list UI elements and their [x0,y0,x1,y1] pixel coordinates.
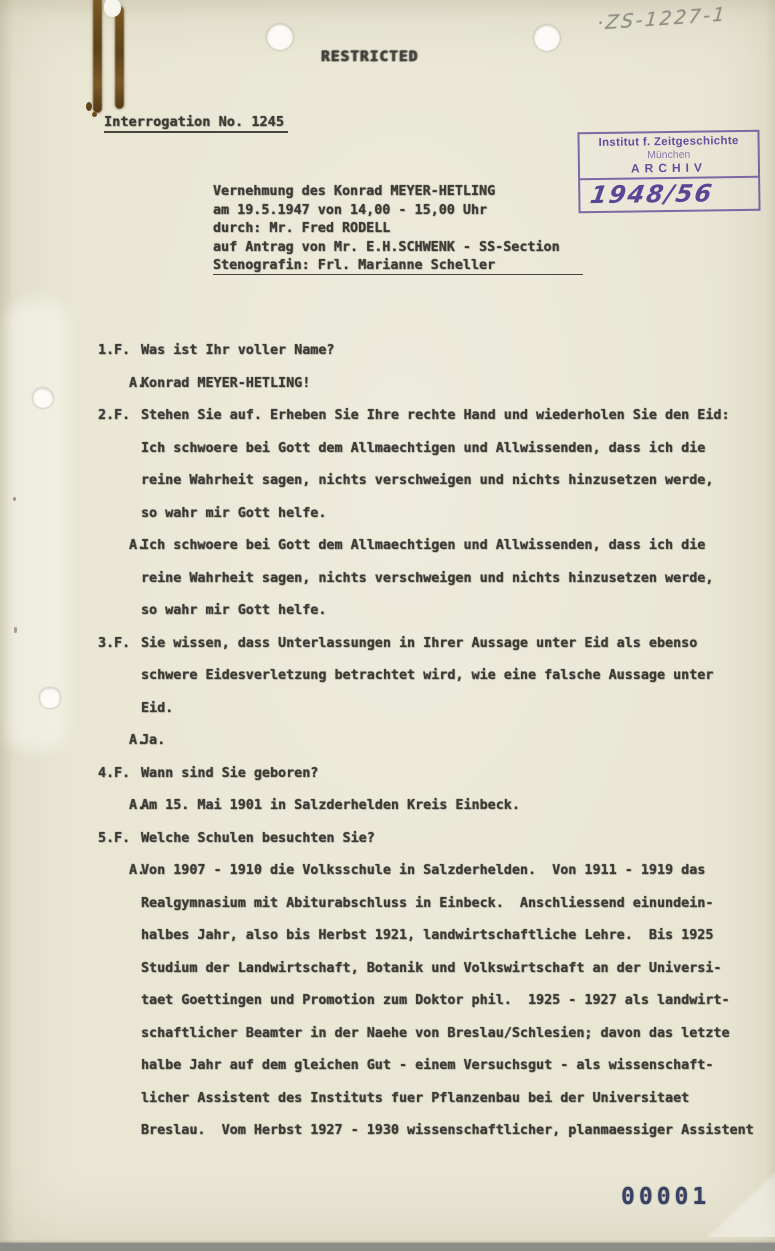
qa-line: schwere Eidesverletzung betrachtet wird,… [141,660,770,693]
qa-line: Eid. [141,693,770,726]
qa-speaker: A. [129,855,145,888]
punch-hole [267,24,293,50]
qa-line: licher Assistent des Instituts fuer Pfla… [141,1083,770,1116]
qa-line: 5.F.Welche Schulen besuchten Sie? [141,823,770,856]
qa-line: 4.F.Wann sind Sie geboren? [141,758,770,791]
header-line-text: Vernehmung des Konrad MEYER-HETLING [213,184,495,199]
qa-speaker: A. [129,790,145,823]
qa-text: licher Assistent des Instituts fuer Pfla… [141,1091,689,1106]
qa-text: Stehen Sie auf. Erheben Sie Ihre rechte … [141,408,730,423]
archive-stamp-number: 1948/56 [578,178,761,212]
rust-speck [86,102,92,111]
qa-line: Breslau. Vom Herbst 1927 - 1930 wissensc… [141,1115,770,1148]
qa-text: Ich schwoere bei Gott dem Allmaechtigen … [141,538,705,553]
header-line-text: am 19.5.1947 von 14,00 - 15,00 Uhr [213,203,487,218]
qa-item: 3.F.Sie wissen, dass Unterlassungen in I… [98,628,770,726]
qa-line: halbe Jahr auf dem gleichen Gut - einem … [141,1050,770,1083]
qa-item: 4.F.Wann sind Sie geboren? [98,758,770,791]
header-line: durch: Mr. Fred RODELL [213,220,583,239]
paperclip-mark [104,0,121,17]
archive-stamp-header: Institut f. Zeitgeschichte München ARCHI… [579,132,758,180]
qa-text: Wann sind Sie geboren? [141,766,318,781]
qa-text: Breslau. Vom Herbst 1927 - 1930 wissensc… [141,1123,754,1138]
punch-hole [33,388,53,408]
qa-line: so wahr mir Gott helfe. [141,498,770,531]
qa-list: 1.F.Was ist Ihr voller Name?A.Konrad MEY… [98,335,770,1148]
qa-number: 1. [98,335,114,368]
qa-speaker: F. [114,400,130,433]
archive-stamp: Institut f. Zeitgeschichte München ARCHI… [577,130,760,214]
qa-text: reine Wahrheit sagen, nichts verschweige… [141,473,713,488]
qa-text: reine Wahrheit sagen, nichts verschweige… [141,571,713,586]
page-title: Interrogation No. 1245 [104,114,288,130]
qa-text: Was ist Ihr voller Name? [141,343,334,358]
punch-hole [534,25,560,51]
scan-edge [0,1243,775,1251]
qa-item: A.Ja. [98,725,770,758]
qa-line: A.Am 15. Mai 1901 in Salzderhelden Kreis… [141,790,770,823]
pencil-archive-reference: ·ZS-1227-1 [596,3,728,34]
qa-text: so wahr mir Gott helfe. [141,603,326,618]
qa-speaker: A. [129,725,145,758]
qa-text: halbe Jahr auf dem gleichen Gut - einem … [141,1058,713,1073]
document-page: ·ZS-1227-1 RESTRICTED Interrogation No. … [0,0,775,1244]
header-line: am 19.5.1947 von 14,00 - 15,00 Uhr [213,202,583,221]
qa-text: Realgymnasium mit Abiturabschluss in Ein… [141,896,713,911]
qa-text: schaftlicher Beamter in der Naehe von Br… [141,1026,730,1041]
archive-stamp-archiv: ARCHIV [582,160,756,176]
qa-item: 5.F.Welche Schulen besuchten Sie? [98,823,770,856]
classification-stamp: RESTRICTED [321,49,418,65]
qa-text: halbes Jahr, also bis Herbst 1921, landw… [141,928,713,943]
qa-item: 1.F.Was ist Ihr voller Name? [98,335,770,368]
archive-stamp-city: München [582,148,756,162]
qa-text: Ich schwoere bei Gott dem Allmaechtigen … [141,441,705,456]
qa-text: Welche Schulen besuchten Sie? [141,831,375,846]
header-block: Vernehmung des Konrad MEYER-HETLINGam 19… [213,183,583,276]
qa-speaker: F. [114,758,130,791]
paper-speck [14,627,17,633]
qa-text: Eid. [141,701,173,716]
header-line-text: durch: Mr. Fred RODELL [213,221,390,236]
rust-speck [92,112,97,117]
qa-number: 5. [98,823,114,856]
qa-text: Sie wissen, dass Unterlassungen in Ihrer… [141,636,697,651]
qa-line: Realgymnasium mit Abiturabschluss in Ein… [141,888,770,921]
paperclip-rust-stain [115,6,124,109]
paper-light-band [5,300,67,750]
qa-line: A.Ich schwoere bei Gott dem Allmaechtige… [141,530,770,563]
header-line-text: Stenografin: Frl. Marianne Scheller [213,258,583,275]
page-title-text: Interrogation No. 1245 [104,114,288,133]
qa-speaker: F. [114,335,130,368]
qa-line: 3.F.Sie wissen, dass Unterlassungen in I… [141,628,770,661]
qa-line: taet Goettingen und Promotion zum Doktor… [141,985,770,1018]
qa-number: 3. [98,628,114,661]
qa-text: Am 15. Mai 1901 in Salzderhelden Kreis E… [141,798,520,813]
qa-line: A.Von 1907 - 1910 die Volksschule in Sal… [141,855,770,888]
qa-line: halbes Jahr, also bis Herbst 1921, landw… [141,920,770,953]
qa-line: A.Ja. [141,725,770,758]
qa-line: reine Wahrheit sagen, nichts verschweige… [141,563,770,596]
qa-speaker: F. [114,823,130,856]
qa-line: Studium der Landwirtschaft, Botanik und … [141,953,770,986]
paper-speck [13,497,16,501]
header-line-text: auf Antrag von Mr. E.H.SCHWENK - SS-Sect… [213,240,560,255]
qa-line: so wahr mir Gott helfe. [141,595,770,628]
qa-line: A.Konrad MEYER-HETLING! [141,368,770,401]
qa-text: so wahr mir Gott helfe. [141,506,326,521]
qa-number: 4. [98,758,114,791]
qa-item: A.Von 1907 - 1910 die Volksschule in Sal… [98,855,770,1148]
qa-text: schwere Eidesverletzung betrachtet wird,… [141,668,713,683]
header-line: Vernehmung des Konrad MEYER-HETLING [213,183,583,202]
qa-line: Ich schwoere bei Gott dem Allmaechtigen … [141,433,770,466]
qa-speaker: A. [129,530,145,563]
page-number-stamp: 00001 [621,1184,710,1210]
qa-speaker: A. [129,368,145,401]
qa-line: 2.F.Stehen Sie auf. Erheben Sie Ihre rec… [141,400,770,433]
header-line: auf Antrag von Mr. E.H.SCHWENK - SS-Sect… [213,239,583,258]
qa-speaker: F. [114,628,130,661]
qa-number: 2. [98,400,114,433]
qa-text: Konrad MEYER-HETLING! [141,376,310,391]
qa-item: A.Am 15. Mai 1901 in Salzderhelden Kreis… [98,790,770,823]
qa-text: taet Goettingen und Promotion zum Doktor… [141,993,730,1008]
qa-item: A.Ich schwoere bei Gott dem Allmaechtige… [98,530,770,628]
punch-hole [40,688,60,708]
qa-item: A.Konrad MEYER-HETLING! [98,368,770,401]
qa-text: Von 1907 - 1910 die Volksschule in Salzd… [141,863,705,878]
qa-text: Studium der Landwirtschaft, Botanik und … [141,961,721,976]
qa-line: schaftlicher Beamter in der Naehe von Br… [141,1018,770,1051]
qa-line: 1.F.Was ist Ihr voller Name? [141,335,770,368]
paperclip-rust-stain [93,0,102,113]
qa-item: 2.F.Stehen Sie auf. Erheben Sie Ihre rec… [98,400,770,530]
header-line: Stenografin: Frl. Marianne Scheller [213,257,583,276]
qa-line: reine Wahrheit sagen, nichts verschweige… [141,465,770,498]
